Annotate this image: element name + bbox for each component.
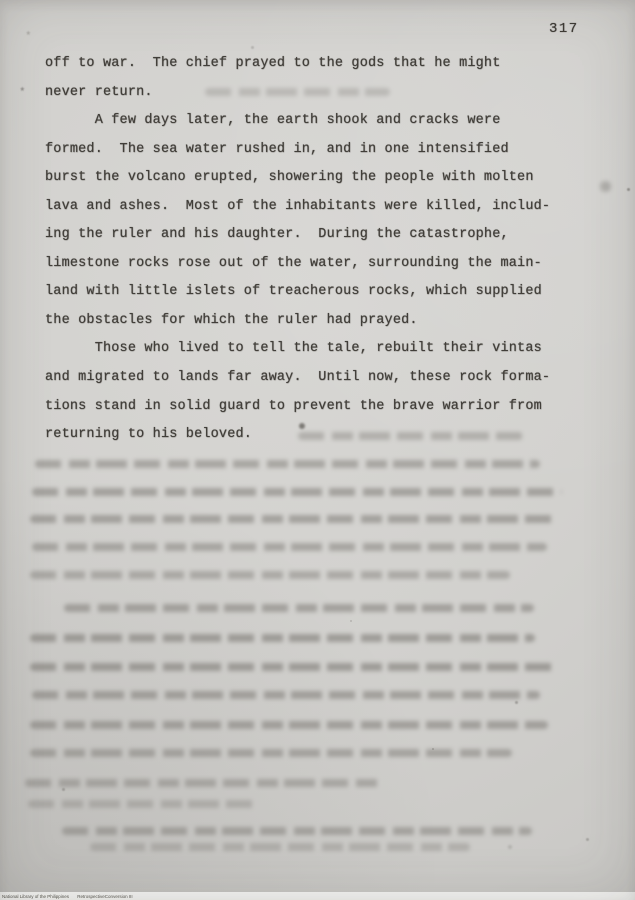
watermark-library-name: National Library of the Philippines bbox=[2, 894, 69, 899]
bleed-through-line bbox=[298, 432, 523, 440]
typed-line: Those who lived to tell the tale, rebuil… bbox=[45, 335, 605, 364]
paper-speck bbox=[251, 46, 254, 49]
bleed-through-line bbox=[64, 604, 534, 612]
margin-mark: * bbox=[19, 87, 26, 99]
bleed-through-line bbox=[32, 543, 547, 551]
typed-line: lava and ashes. Most of the inhabitants … bbox=[45, 193, 605, 222]
typed-line: tions stand in solid guard to prevent th… bbox=[45, 393, 605, 422]
bleed-through-line bbox=[90, 843, 470, 851]
typed-line: and migrated to lands far away. Until no… bbox=[45, 364, 605, 393]
scanned-page: 317 off to war. The chief prayed to the … bbox=[0, 0, 635, 900]
typed-line: ing the ruler and his daughter. During t… bbox=[45, 221, 605, 250]
bleed-through-line bbox=[32, 488, 562, 496]
typed-line: burst the volcano erupted, showering the… bbox=[45, 164, 605, 193]
footer-strip: National Library of the Philippines Retr… bbox=[0, 892, 635, 900]
watermark-collection-code: RetrospectiveConversion III bbox=[77, 894, 132, 899]
bleed-through-line bbox=[32, 691, 540, 699]
bleed-through-line bbox=[30, 749, 512, 757]
typed-text: off to war. The chief prayed to the gods… bbox=[45, 50, 605, 450]
paper-speck bbox=[432, 748, 434, 750]
bleed-through-line bbox=[205, 88, 390, 96]
paper-speck bbox=[600, 181, 611, 192]
paper-speck bbox=[508, 845, 512, 849]
bleed-through-line bbox=[28, 800, 258, 808]
paper-speck bbox=[515, 701, 518, 704]
page-number: 317 bbox=[549, 21, 579, 37]
typed-line: the obstacles for which the ruler had pr… bbox=[45, 307, 605, 336]
bleed-through-line bbox=[30, 571, 510, 579]
paper-speck bbox=[350, 620, 352, 622]
bleed-through-line bbox=[30, 515, 555, 523]
paper-speck bbox=[586, 838, 589, 841]
typed-line: off to war. The chief prayed to the gods… bbox=[45, 50, 605, 79]
paper-speck bbox=[62, 788, 65, 791]
bleed-through-line bbox=[30, 634, 535, 642]
bleed-through-line bbox=[30, 663, 555, 671]
typed-line: limestone rocks rose out of the water, s… bbox=[45, 250, 605, 279]
paper-speck bbox=[627, 188, 630, 191]
bleed-through-line bbox=[62, 827, 532, 835]
footer-watermark: National Library of the Philippines Retr… bbox=[2, 894, 202, 899]
typed-line: A few days later, the earth shook and cr… bbox=[45, 107, 605, 136]
bleed-through-line bbox=[25, 779, 380, 787]
paper-speck bbox=[299, 423, 305, 429]
bleed-through-line bbox=[30, 721, 548, 729]
margin-mark: * bbox=[25, 31, 32, 43]
bleed-through-line bbox=[35, 460, 540, 468]
typed-line: formed. The sea water rushed in, and in … bbox=[45, 136, 605, 165]
typed-line: land with little islets of treacherous r… bbox=[45, 278, 605, 307]
